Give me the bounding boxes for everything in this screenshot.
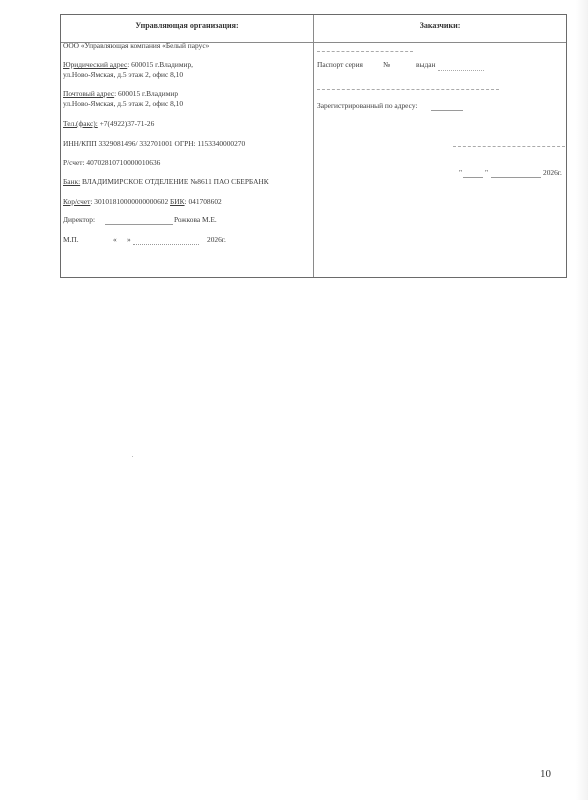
- legal-address-line2: ул.Ново-Ямская, д.5 этаж 2, офис 8,10: [63, 70, 183, 80]
- director-label: Директор:: [63, 215, 95, 225]
- legal-address-value: : 600015 г.Владимир,: [127, 60, 193, 69]
- postal-address-label: Почтовый адрес: [63, 89, 114, 98]
- bank-account: Р/счет: 40702810710000010636: [63, 158, 160, 168]
- signatures-table: Управляющая организация: Заказчики: ООО …: [60, 14, 567, 278]
- date-quote-close-left: »: [127, 235, 131, 245]
- postal-address-value: : 600015 г.Владимир: [114, 89, 178, 98]
- scan-speck: [132, 456, 133, 457]
- page-number: 10: [540, 768, 551, 780]
- management-org-header: Управляющая организация:: [61, 21, 313, 30]
- org-name: ООО «Управляющая компания «Белый парус»: [63, 41, 209, 51]
- bik-label: БИК: [170, 197, 185, 206]
- registered-address-label: Зарегистрированный по адресу:: [317, 101, 417, 111]
- phone-value: +7(4922)37-71-26: [98, 119, 155, 128]
- legal-address-line1: Юридический адрес: 600015 г.Владимир,: [63, 60, 193, 70]
- postal-address-line2: ул.Ново-Ямская, д.5 этаж 2, офис 8,10: [63, 99, 183, 109]
- column-divider: [313, 15, 314, 277]
- date-month-line-left: [133, 244, 199, 245]
- date-quote-open-left: «: [113, 235, 117, 245]
- legal-address-label: Юридический адрес: [63, 60, 127, 69]
- inn-kpp-ogrn: ИНН/КПП 3329081496/ 332701001 ОГРН: 1153…: [63, 139, 245, 149]
- date-year-right: 2026г.: [543, 168, 562, 178]
- passport-series-label: Паспорт серия: [317, 60, 363, 70]
- bik-value: : 041708602: [185, 197, 222, 206]
- registered-address-line: [431, 110, 463, 111]
- corr-account-label: Кор/счет: [63, 197, 90, 206]
- customer-signature-line: [453, 146, 565, 147]
- bank-value: ВЛАДИМИРСКОЕ ОТДЕЛЕНИЕ №8611 ПАО СБЕРБАН…: [80, 177, 269, 186]
- passport-number-label: №: [383, 60, 390, 70]
- bank-line: Банк: ВЛАДИМИРСКОЕ ОТДЕЛЕНИЕ №8611 ПАО С…: [63, 177, 269, 187]
- page-edge-shadow: [576, 0, 588, 800]
- date-quote-close-right: ": [485, 168, 488, 178]
- director-name: Рожкова М.Е.: [174, 215, 217, 225]
- passport-issued-line-2: [317, 89, 499, 90]
- corr-bik-line: Кор/счет: 30101810000000000602 БИК: 0417…: [63, 197, 222, 207]
- customers-header: Заказчики:: [313, 21, 567, 30]
- passport-issued-label: выдан: [416, 60, 435, 70]
- phone-label: Тел.(факс):: [63, 119, 98, 128]
- director-signature-line: [105, 224, 173, 225]
- date-month-line-right: [491, 177, 541, 178]
- date-quote-open-right: ": [459, 168, 462, 178]
- passport-issued-line: [438, 70, 484, 71]
- date-day-line-right: [463, 177, 483, 178]
- phone-line: Тел.(факс): +7(4922)37-71-26: [63, 119, 154, 129]
- stamp-label: М.П.: [63, 235, 79, 245]
- bank-label: Банк:: [63, 177, 80, 186]
- date-year-left: 2026г.: [207, 235, 226, 245]
- corr-account-value: : 30101810000000000602: [90, 197, 170, 206]
- customer-name-line: [317, 51, 413, 52]
- postal-address-line1: Почтовый адрес: 600015 г.Владимир: [63, 89, 178, 99]
